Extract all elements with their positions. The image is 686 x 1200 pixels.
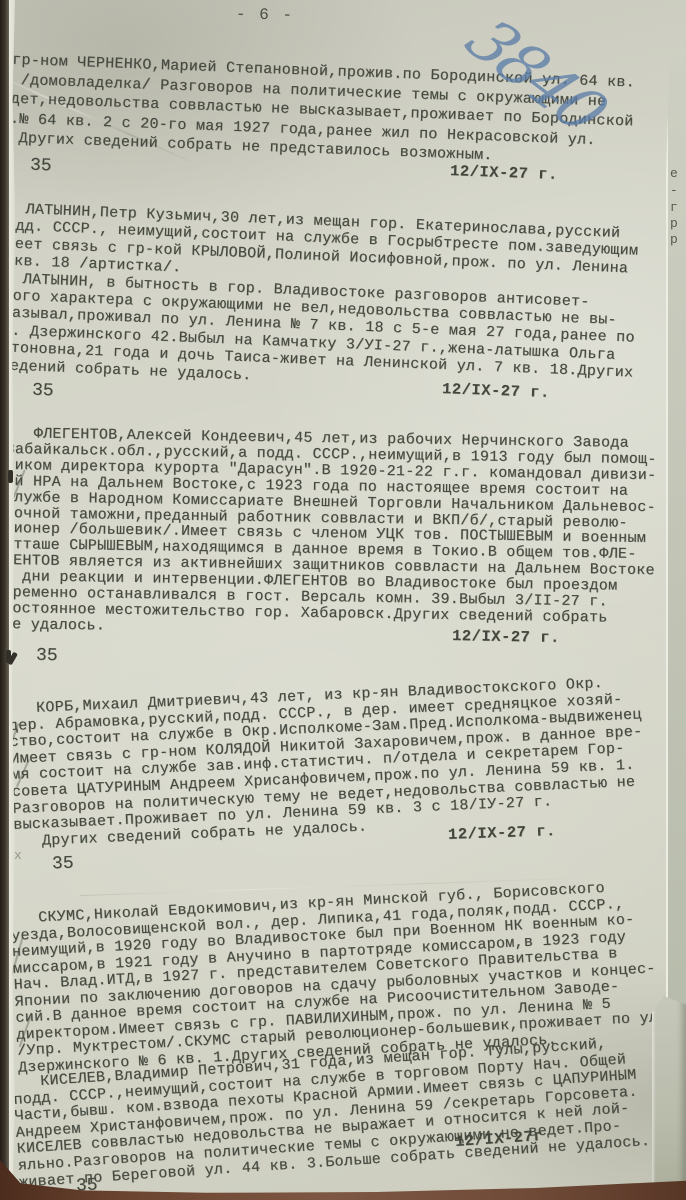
- margin-number: 35: [36, 646, 58, 666]
- margin-number: 35: [32, 381, 54, 402]
- edge-text-fragment: р: [670, 232, 678, 247]
- page-number: - 6 -: [210, 5, 320, 25]
- entry-korb: КОРБ,Михаил Дмитриевич,43 лет, из кр-ян …: [8, 671, 686, 851]
- date-stamp: 12/IX-27 г.: [452, 627, 560, 647]
- underlying-page-corner: [652, 992, 686, 1200]
- edge-text-fragment: -: [670, 183, 678, 198]
- edge-text-fragment: г: [670, 200, 678, 215]
- edge-text-fragment: е: [670, 166, 678, 181]
- binding-stitch: [8, 470, 13, 483]
- scanned-document: - 6 - 3840 с гр-ном ЧЕРНЕНКО,Марией Степ…: [0, 0, 686, 1200]
- margin-number: 35: [52, 854, 74, 875]
- date-stamp: 12/IX-27 г.: [450, 162, 558, 184]
- entry-latynin: ЛАТЫНИН,Петр Кузьмич,30 лет,из мещан гор…: [0, 200, 686, 402]
- date-stamp: 12/IX-27 г.: [448, 822, 556, 844]
- margin-number: 35: [30, 156, 52, 177]
- edge-text-fragment: р: [670, 216, 678, 231]
- entry-flegentov: ФЛЕГЕНТОВ,Алексей Кондеевич,45 лет,из ра…: [3, 426, 686, 644]
- date-stamp: 12/IX-27 г.: [442, 380, 550, 402]
